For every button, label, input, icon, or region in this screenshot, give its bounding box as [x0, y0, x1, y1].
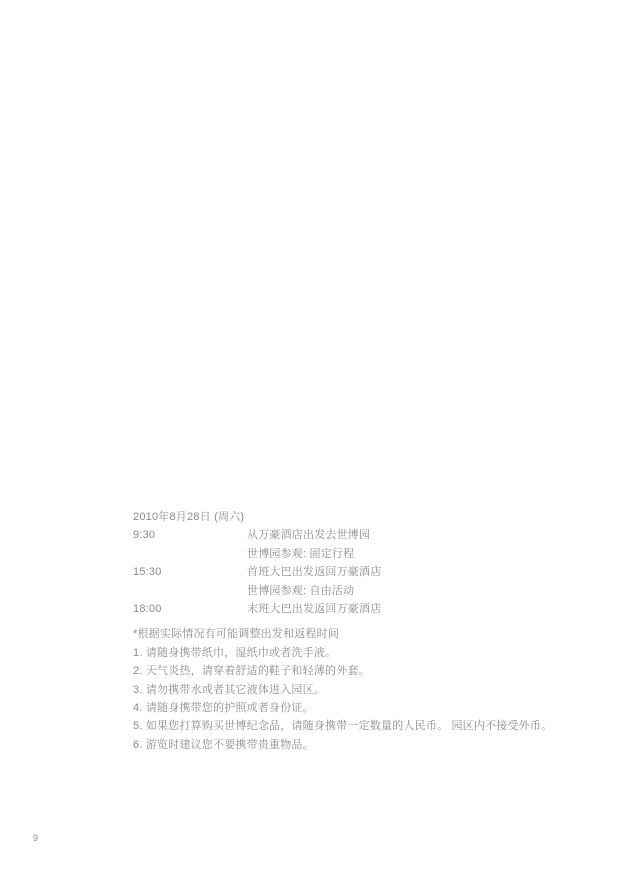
- note-item: 6. 游览时建议您不要携带贵重物品。: [133, 736, 573, 754]
- note-item: 3. 请勿携带水或者其它液体进入园区。: [133, 681, 573, 699]
- schedule-time: [133, 582, 247, 600]
- schedule-row: 18:00 末班大巴出发返回万豪酒店: [133, 600, 573, 618]
- note-item: 5. 如果您打算购买世博纪念品，请随身携带一定数量的人民币。 园区内不接受外币。: [133, 717, 573, 735]
- schedule-activity: 首班大巴出发返回万豪酒店: [247, 563, 573, 581]
- note-item: 1. 请随身携带纸巾，湿纸巾或者洗手液。: [133, 644, 573, 662]
- schedule-activity: 末班大巴出发返回万豪酒店: [247, 600, 573, 618]
- schedule-time: [133, 545, 247, 563]
- schedule-row: 世博园参观: 固定行程: [133, 545, 573, 563]
- note-item: 2. 天气炎热，请穿着舒适的鞋子和轻薄的外套。: [133, 662, 573, 680]
- schedule-table: 9:30 从万豪酒店出发去世博园 世博园参观: 固定行程 15:30 首班大巴出…: [133, 526, 573, 618]
- page-number: 9: [33, 832, 38, 844]
- document-page: 2010年8月28日 (周六) 9:30 从万豪酒店出发去世博园 世博园参观: …: [0, 0, 640, 873]
- note-item: 4. 请随身携带您的护照或者身份证。: [133, 699, 573, 717]
- schedule-time: 18:00: [133, 600, 247, 618]
- notes-disclaimer: *根据实际情况有可能调整出发和返程时间: [133, 625, 573, 643]
- schedule-time: 15:30: [133, 563, 247, 581]
- itinerary-date: 2010年8月28日 (周六): [133, 508, 573, 526]
- schedule-activity: 世博园参观: 自由活动: [247, 582, 573, 600]
- schedule-activity: 世博园参观: 固定行程: [247, 545, 573, 563]
- schedule-row: 15:30 首班大巴出发返回万豪酒店: [133, 563, 573, 581]
- schedule-time: 9:30: [133, 526, 247, 544]
- itinerary-content: 2010年8月28日 (周六) 9:30 从万豪酒店出发去世博园 世博园参观: …: [133, 508, 573, 754]
- schedule-row: 世博园参观: 自由活动: [133, 582, 573, 600]
- notes-section: *根据实际情况有可能调整出发和返程时间 1. 请随身携带纸巾，湿纸巾或者洗手液。…: [133, 625, 573, 754]
- schedule-row: 9:30 从万豪酒店出发去世博园: [133, 526, 573, 544]
- schedule-activity: 从万豪酒店出发去世博园: [247, 526, 573, 544]
